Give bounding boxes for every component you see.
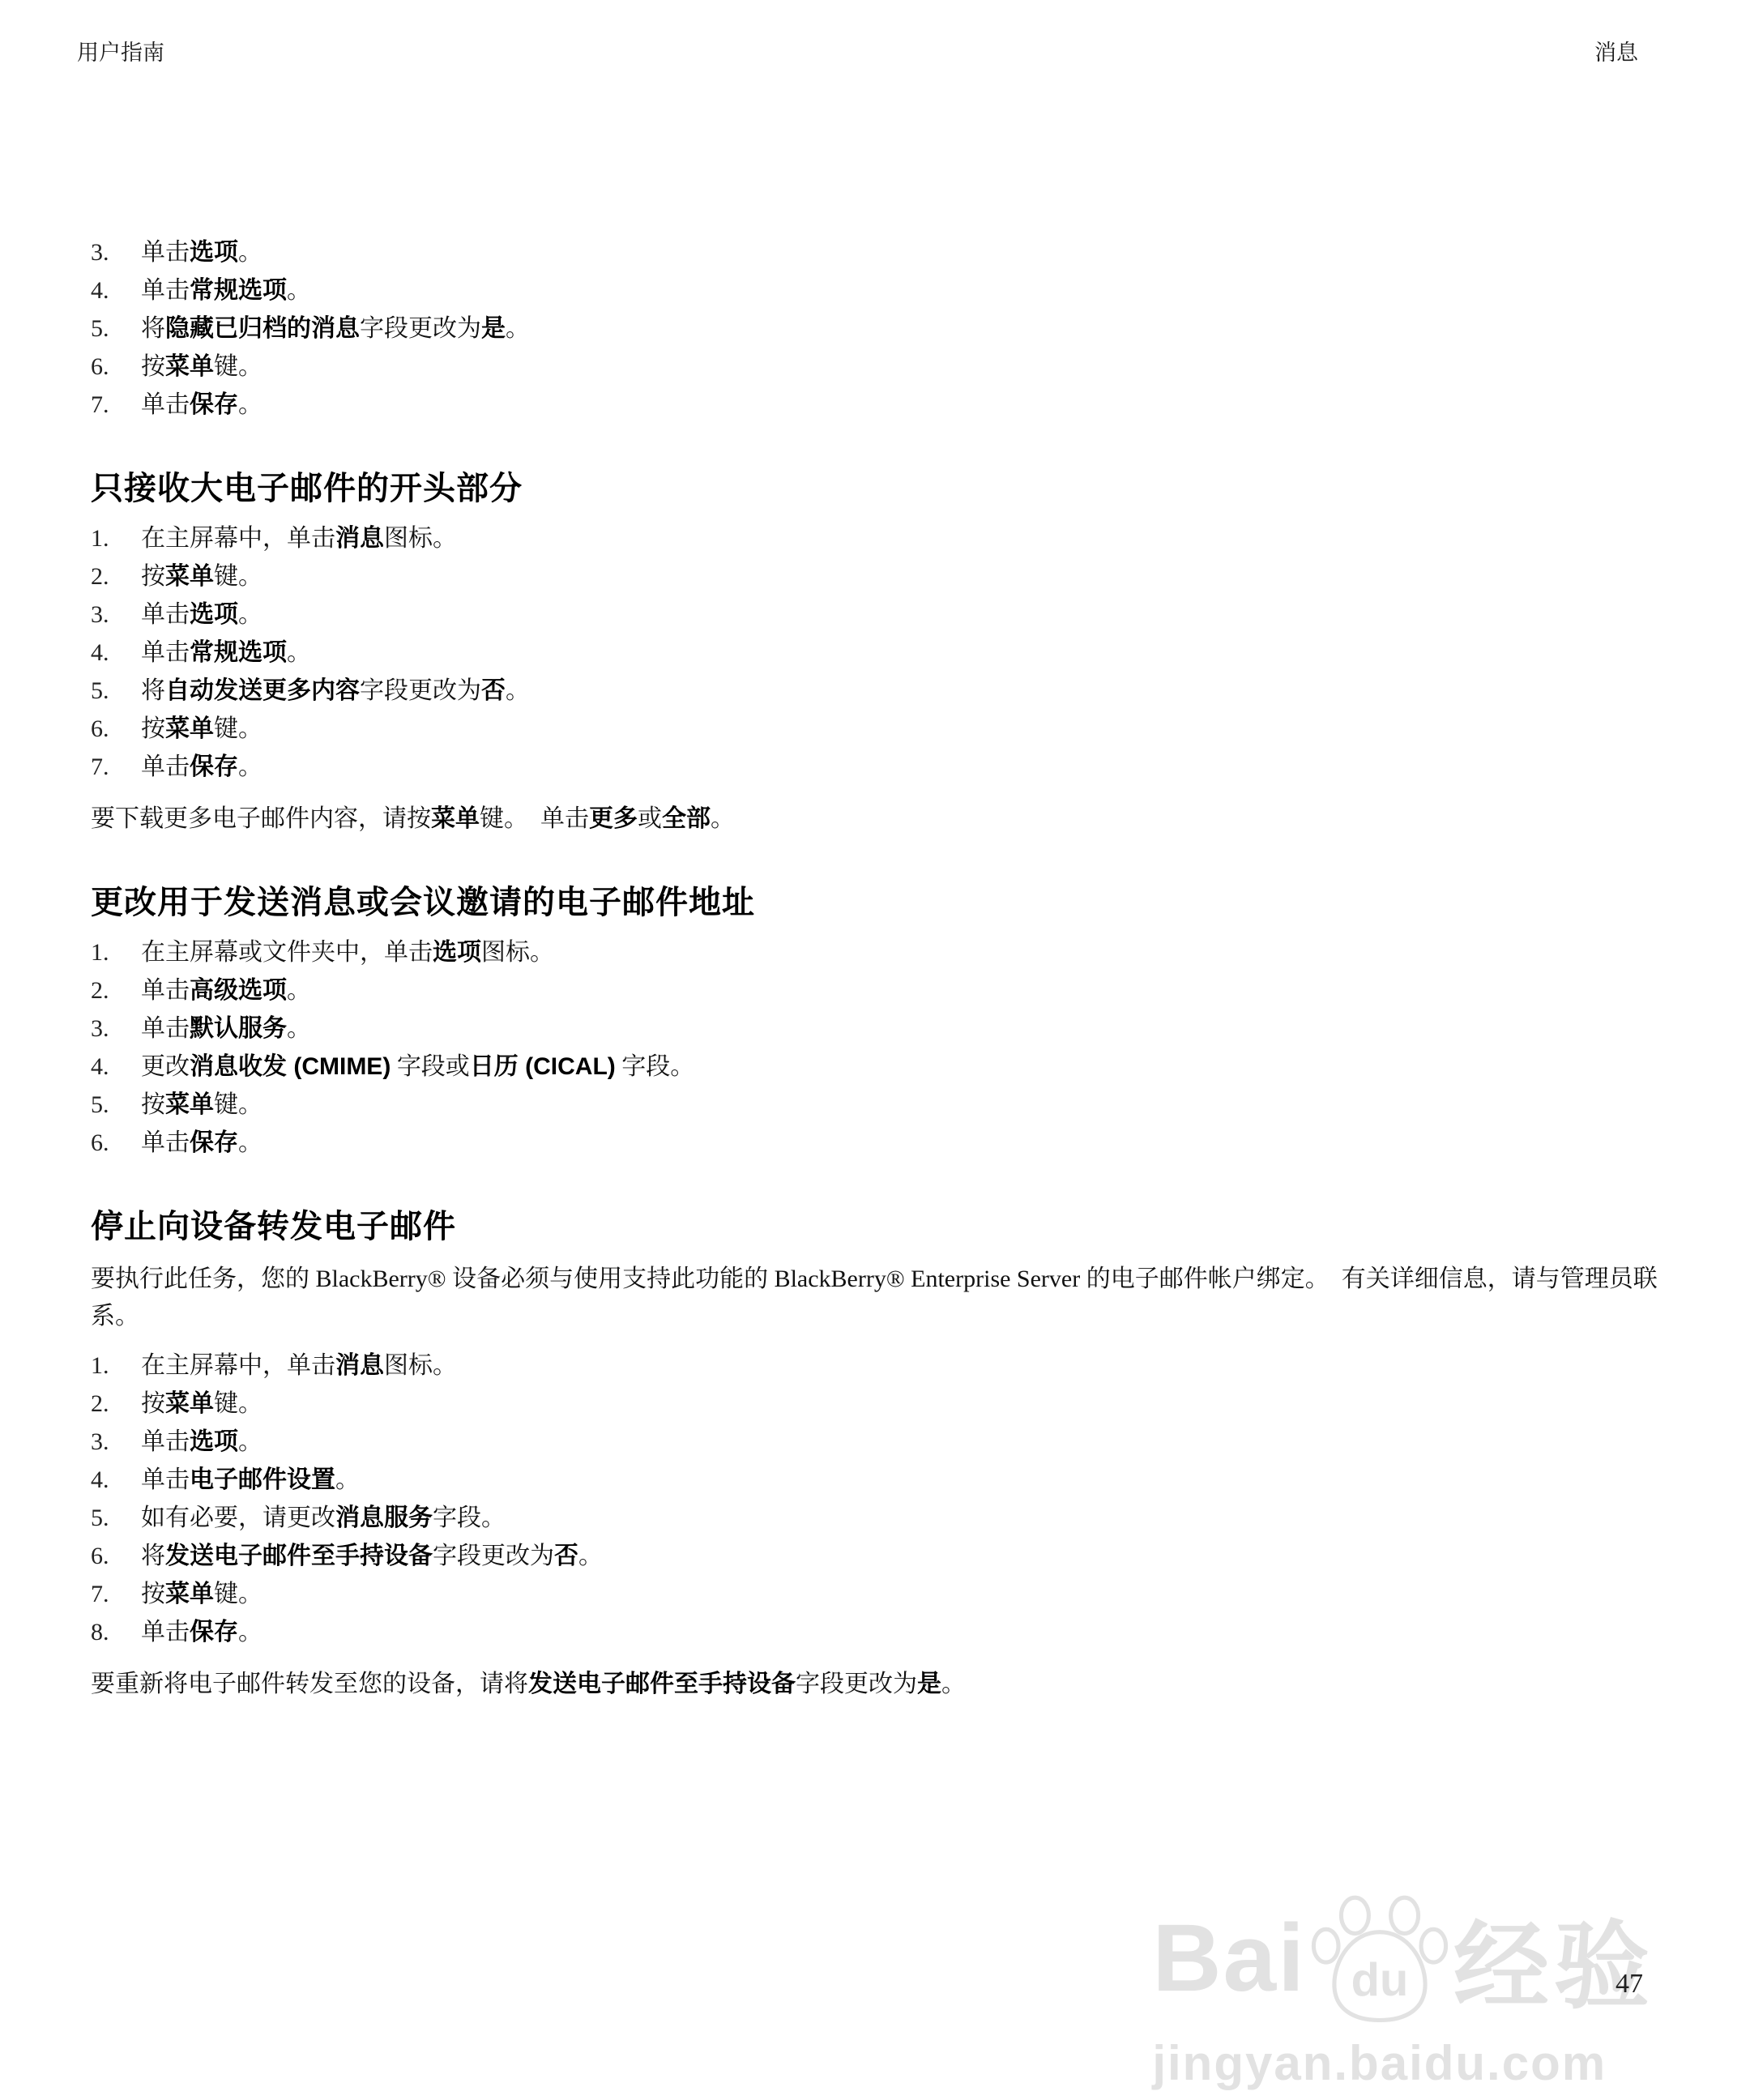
text-run: 字段。	[433, 1505, 506, 1531]
step-text: 单击保存。	[141, 748, 262, 786]
bold-run: 更多	[589, 805, 638, 832]
step-number: 6.	[91, 710, 141, 748]
step-number: 4.	[91, 1048, 141, 1086]
step-item: 3.单击选项。	[91, 595, 1685, 634]
text-run: 单击	[141, 239, 190, 266]
text-run: 。	[941, 1671, 966, 1697]
text-run: 。	[238, 239, 262, 266]
text-run: 。	[506, 677, 530, 704]
step-text: 按菜单键。	[141, 1575, 262, 1613]
bold-run: 否	[554, 1543, 578, 1569]
text-run: 图标。	[481, 939, 554, 966]
step-text: 单击高级选项。	[141, 971, 311, 1009]
text-run: 键。	[214, 715, 262, 742]
baidu-paw-icon: du	[1311, 1893, 1449, 2023]
text-run: 。	[238, 601, 262, 628]
step-text: 按菜单键。	[141, 710, 262, 748]
step-number: 2.	[91, 557, 141, 595]
bold-run: 隐藏已归档的消息	[165, 315, 360, 342]
step-number: 4.	[91, 1461, 141, 1499]
step-item: 6.按菜单键。	[91, 348, 1685, 386]
watermark-bai-text: Bai	[1152, 1903, 1306, 2013]
step-text: 在主屏幕或文件夹中，单击选项图标。	[141, 933, 554, 971]
step-number: 3.	[91, 233, 141, 271]
text-run: 在主屏幕中，单击	[141, 1352, 335, 1379]
text-run: 。	[711, 805, 735, 832]
steps-list: 1.在主屏幕中，单击消息图标。2.按菜单键。3.单击选项。4.单击常规选项。5.…	[91, 519, 1685, 786]
text-run: 键。	[214, 353, 262, 380]
step-number: 3.	[91, 1423, 141, 1461]
step-text: 在主屏幕中，单击消息图标。	[141, 1347, 457, 1385]
step-number: 5.	[91, 1086, 141, 1124]
bold-run: 消息	[335, 525, 384, 552]
bold-run: 选项	[433, 939, 481, 966]
text-run: 。	[578, 1543, 603, 1569]
step-item: 2.按菜单键。	[91, 1385, 1685, 1423]
baidu-jingyan-watermark: Bai du 经验 jingyan.baidu.com	[1152, 1889, 1654, 2091]
step-item: 8.单击保存。	[91, 1613, 1685, 1651]
section-title: 更改用于发送消息或会议邀请的电子邮件地址	[91, 883, 1685, 922]
step-text: 单击保存。	[141, 1124, 262, 1162]
steps-list: 1.在主屏幕中，单击消息图标。2.按菜单键。3.单击选项。4.单击电子邮件设置。…	[91, 1347, 1685, 1651]
step-text: 单击选项。	[141, 595, 262, 634]
step-item: 2.按菜单键。	[91, 557, 1685, 595]
bold-run: 消息	[335, 1352, 384, 1379]
step-text: 单击默认服务。	[141, 1009, 311, 1048]
text-run: 。	[506, 315, 530, 342]
text-run: 键。	[214, 1581, 262, 1607]
header-right-title: 消息	[1594, 39, 1638, 66]
watermark-logo-row: Bai du 经验	[1152, 1889, 1654, 2027]
step-item: 2.单击高级选项。	[91, 971, 1685, 1009]
text-run: 单击	[141, 1466, 190, 1493]
step-item: 3.单击选项。	[91, 233, 1685, 271]
step-item: 7.单击保存。	[91, 386, 1685, 424]
text-run: 或	[638, 805, 662, 832]
step-item: 5.如有必要，请更改消息服务字段。	[91, 1499, 1685, 1537]
step-number: 2.	[91, 971, 141, 1009]
step-text: 单击电子邮件设置。	[141, 1461, 360, 1499]
step-text: 单击选项。	[141, 1423, 262, 1461]
step-item: 5.将隐藏已归档的消息字段更改为是。	[91, 309, 1685, 348]
step-item: 5.按菜单键。	[91, 1086, 1685, 1124]
step-number: 8.	[91, 1613, 141, 1651]
step-text: 将发送电子邮件至手持设备字段更改为否。	[141, 1537, 603, 1575]
text-run: 。	[287, 639, 311, 666]
step-text: 将自动发送更多内容字段更改为否。	[141, 672, 530, 710]
step-item: 4.单击常规选项。	[91, 634, 1685, 672]
text-run: 单击	[141, 1015, 190, 1042]
header-left-title: 用户指南	[77, 39, 164, 66]
text-run: 将	[141, 1543, 165, 1569]
bold-run: 菜单	[431, 805, 480, 832]
step-item: 3.单击默认服务。	[91, 1009, 1685, 1048]
text-run: 按	[141, 353, 165, 380]
text-run: 按	[141, 1581, 165, 1607]
bold-run: 是	[917, 1671, 941, 1697]
bold-run: 消息收发 (CMIME)	[190, 1053, 391, 1080]
text-run: 单击	[141, 391, 190, 418]
text-run: 字段更改为	[433, 1543, 554, 1569]
text-run: 单击	[141, 977, 190, 1004]
bold-run: 消息服务	[335, 1505, 433, 1531]
bold-run: 菜单	[165, 353, 214, 380]
step-number: 7.	[91, 748, 141, 786]
bold-run: 发送电子邮件至手持设备	[165, 1543, 433, 1569]
text-run: 字段更改为	[360, 315, 481, 342]
bold-run: 高级选项	[190, 977, 287, 1004]
text-run: 单击	[141, 1619, 190, 1645]
text-run: 字段更改为	[360, 677, 481, 704]
text-run: 如有必要，请更改	[141, 1505, 335, 1531]
page-header: 用户指南 消息	[0, 0, 1750, 66]
bold-run: 保存	[190, 753, 238, 780]
step-number: 4.	[91, 271, 141, 309]
text-run: 按	[141, 563, 165, 590]
document-content: 3.单击选项。4.单击常规选项。5.将隐藏已归档的消息字段更改为是。6.按菜单键…	[0, 233, 1750, 1703]
step-number: 6.	[91, 1124, 141, 1162]
watermark-du-text: du	[1351, 1954, 1409, 2006]
text-run: 单击	[141, 601, 190, 628]
step-text: 更改消息收发 (CMIME) 字段或日历 (CICAL) 字段。	[141, 1048, 694, 1086]
step-text: 单击常规选项。	[141, 634, 311, 672]
text-run: 键。 单击	[480, 805, 589, 832]
bold-run: 保存	[190, 1129, 238, 1156]
step-text: 单击保存。	[141, 386, 262, 424]
step-number: 5.	[91, 309, 141, 348]
paragraph: 要重新将电子邮件转发至您的设备，请将发送电子邮件至手持设备字段更改为是。	[91, 1666, 1685, 1703]
section-title: 只接收大电子邮件的开头部分	[91, 469, 1685, 508]
text-run: 。	[287, 977, 311, 1004]
text-run: 在主屏幕或文件夹中，单击	[141, 939, 433, 966]
bold-run: 是	[481, 315, 506, 342]
bold-run: 选项	[190, 601, 238, 628]
text-run: 。	[238, 1129, 262, 1156]
text-run: 单击	[141, 753, 190, 780]
paragraph: 要下载更多电子邮件内容，请按菜单键。 单击更多或全部。	[91, 800, 1685, 838]
step-number: 6.	[91, 348, 141, 386]
step-number: 6.	[91, 1537, 141, 1575]
paragraph: 要执行此任务，您的 BlackBerry® 设备必须与使用支持此功能的 Blac…	[91, 1261, 1685, 1335]
text-run: 更改	[141, 1053, 190, 1080]
step-item: 7.按菜单键。	[91, 1575, 1685, 1613]
step-text: 按菜单键。	[141, 1385, 262, 1423]
step-number: 5.	[91, 1499, 141, 1537]
text-run: 单击	[141, 1428, 190, 1455]
text-run: 。	[238, 1619, 262, 1645]
bold-run: 全部	[662, 805, 711, 832]
step-number: 5.	[91, 672, 141, 710]
bold-run: 选项	[190, 1428, 238, 1455]
text-run: 。	[287, 1015, 311, 1042]
bold-run: 菜单	[165, 1091, 214, 1118]
step-number: 3.	[91, 1009, 141, 1048]
bold-run: 菜单	[165, 1390, 214, 1417]
step-text: 单击选项。	[141, 233, 262, 271]
step-item: 7.单击保存。	[91, 748, 1685, 786]
document-page: 用户指南 消息 3.单击选项。4.单击常规选项。5.将隐藏已归档的消息字段更改为…	[0, 0, 1750, 2100]
step-item: 6.按菜单键。	[91, 710, 1685, 748]
text-run: 图标。	[384, 525, 457, 552]
step-text: 按菜单键。	[141, 557, 262, 595]
step-item: 1.在主屏幕中，单击消息图标。	[91, 519, 1685, 557]
text-run: 在主屏幕中，单击	[141, 525, 335, 552]
steps-list: 1.在主屏幕或文件夹中，单击选项图标。2.单击高级选项。3.单击默认服务。4.更…	[91, 933, 1685, 1162]
step-number: 1.	[91, 519, 141, 557]
step-number: 3.	[91, 595, 141, 634]
text-run: 。	[238, 753, 262, 780]
step-item: 3.单击选项。	[91, 1423, 1685, 1461]
watermark-url: jingyan.baidu.com	[1152, 2035, 1654, 2091]
bold-run: 菜单	[165, 715, 214, 742]
text-run: 字段。	[616, 1053, 695, 1080]
step-item: 6.将发送电子邮件至手持设备字段更改为否。	[91, 1537, 1685, 1575]
text-run: 要下载更多电子邮件内容，请按	[91, 805, 431, 832]
steps-list: 3.单击选项。4.单击常规选项。5.将隐藏已归档的消息字段更改为是。6.按菜单键…	[91, 233, 1685, 424]
step-item: 5.将自动发送更多内容字段更改为否。	[91, 672, 1685, 710]
step-text: 如有必要，请更改消息服务字段。	[141, 1499, 506, 1537]
text-run: 键。	[214, 1091, 262, 1118]
step-item: 1.在主屏幕或文件夹中，单击选项图标。	[91, 933, 1685, 971]
text-run: 。	[287, 277, 311, 304]
text-run: 键。	[214, 563, 262, 590]
step-text: 在主屏幕中，单击消息图标。	[141, 519, 457, 557]
text-run: 将	[141, 315, 165, 342]
step-text: 按菜单键。	[141, 1086, 262, 1124]
text-run: 单击	[141, 277, 190, 304]
text-run: 按	[141, 1091, 165, 1118]
step-text: 单击常规选项。	[141, 271, 311, 309]
bold-run: 否	[481, 677, 506, 704]
step-number: 2.	[91, 1385, 141, 1423]
text-run: 将	[141, 677, 165, 704]
step-item: 1.在主屏幕中，单击消息图标。	[91, 1347, 1685, 1385]
bold-run: 常规选项	[190, 277, 287, 304]
bold-run: 发送电子邮件至手持设备	[528, 1671, 796, 1697]
section-title: 停止向设备转发电子邮件	[91, 1207, 1685, 1246]
step-item: 4.更改消息收发 (CMIME) 字段或日历 (CICAL) 字段。	[91, 1048, 1685, 1086]
step-text: 单击保存。	[141, 1613, 262, 1651]
text-run: 按	[141, 1390, 165, 1417]
step-number: 7.	[91, 386, 141, 424]
text-run: 字段更改为	[796, 1671, 917, 1697]
bold-run: 电子邮件设置	[190, 1466, 335, 1493]
bold-run: 保存	[190, 391, 238, 418]
text-run: 按	[141, 715, 165, 742]
text-run: 要重新将电子邮件转发至您的设备，请将	[91, 1671, 528, 1697]
bold-run: 默认服务	[190, 1015, 287, 1042]
text-run: 。	[238, 1428, 262, 1455]
step-item: 4.单击常规选项。	[91, 271, 1685, 309]
step-text: 按菜单键。	[141, 348, 262, 386]
bold-run: 菜单	[165, 563, 214, 590]
step-number: 1.	[91, 1347, 141, 1385]
step-text: 将隐藏已归档的消息字段更改为是。	[141, 309, 530, 348]
text-run: 要执行此任务，您的 BlackBerry® 设备必须与使用支持此功能的 Blac…	[91, 1266, 1658, 1330]
bold-run: 选项	[190, 239, 238, 266]
text-run: 字段或	[391, 1053, 470, 1080]
step-number: 1.	[91, 933, 141, 971]
text-run: 图标。	[384, 1352, 457, 1379]
step-number: 4.	[91, 634, 141, 672]
bold-run: 自动发送更多内容	[165, 677, 360, 704]
watermark-jingyan-text: 经验	[1453, 1889, 1654, 2027]
bold-run: 常规选项	[190, 639, 287, 666]
step-item: 6.单击保存。	[91, 1124, 1685, 1162]
text-run: 。	[238, 391, 262, 418]
bold-run: 日历 (CICAL)	[470, 1053, 616, 1080]
text-run: 。	[335, 1466, 360, 1493]
text-run: 单击	[141, 1129, 190, 1156]
text-run: 单击	[141, 639, 190, 666]
step-item: 4.单击电子邮件设置。	[91, 1461, 1685, 1499]
bold-run: 菜单	[165, 1581, 214, 1607]
text-run: 键。	[214, 1390, 262, 1417]
step-number: 7.	[91, 1575, 141, 1613]
page-number: 47	[1616, 1969, 1643, 2000]
bold-run: 保存	[190, 1619, 238, 1645]
